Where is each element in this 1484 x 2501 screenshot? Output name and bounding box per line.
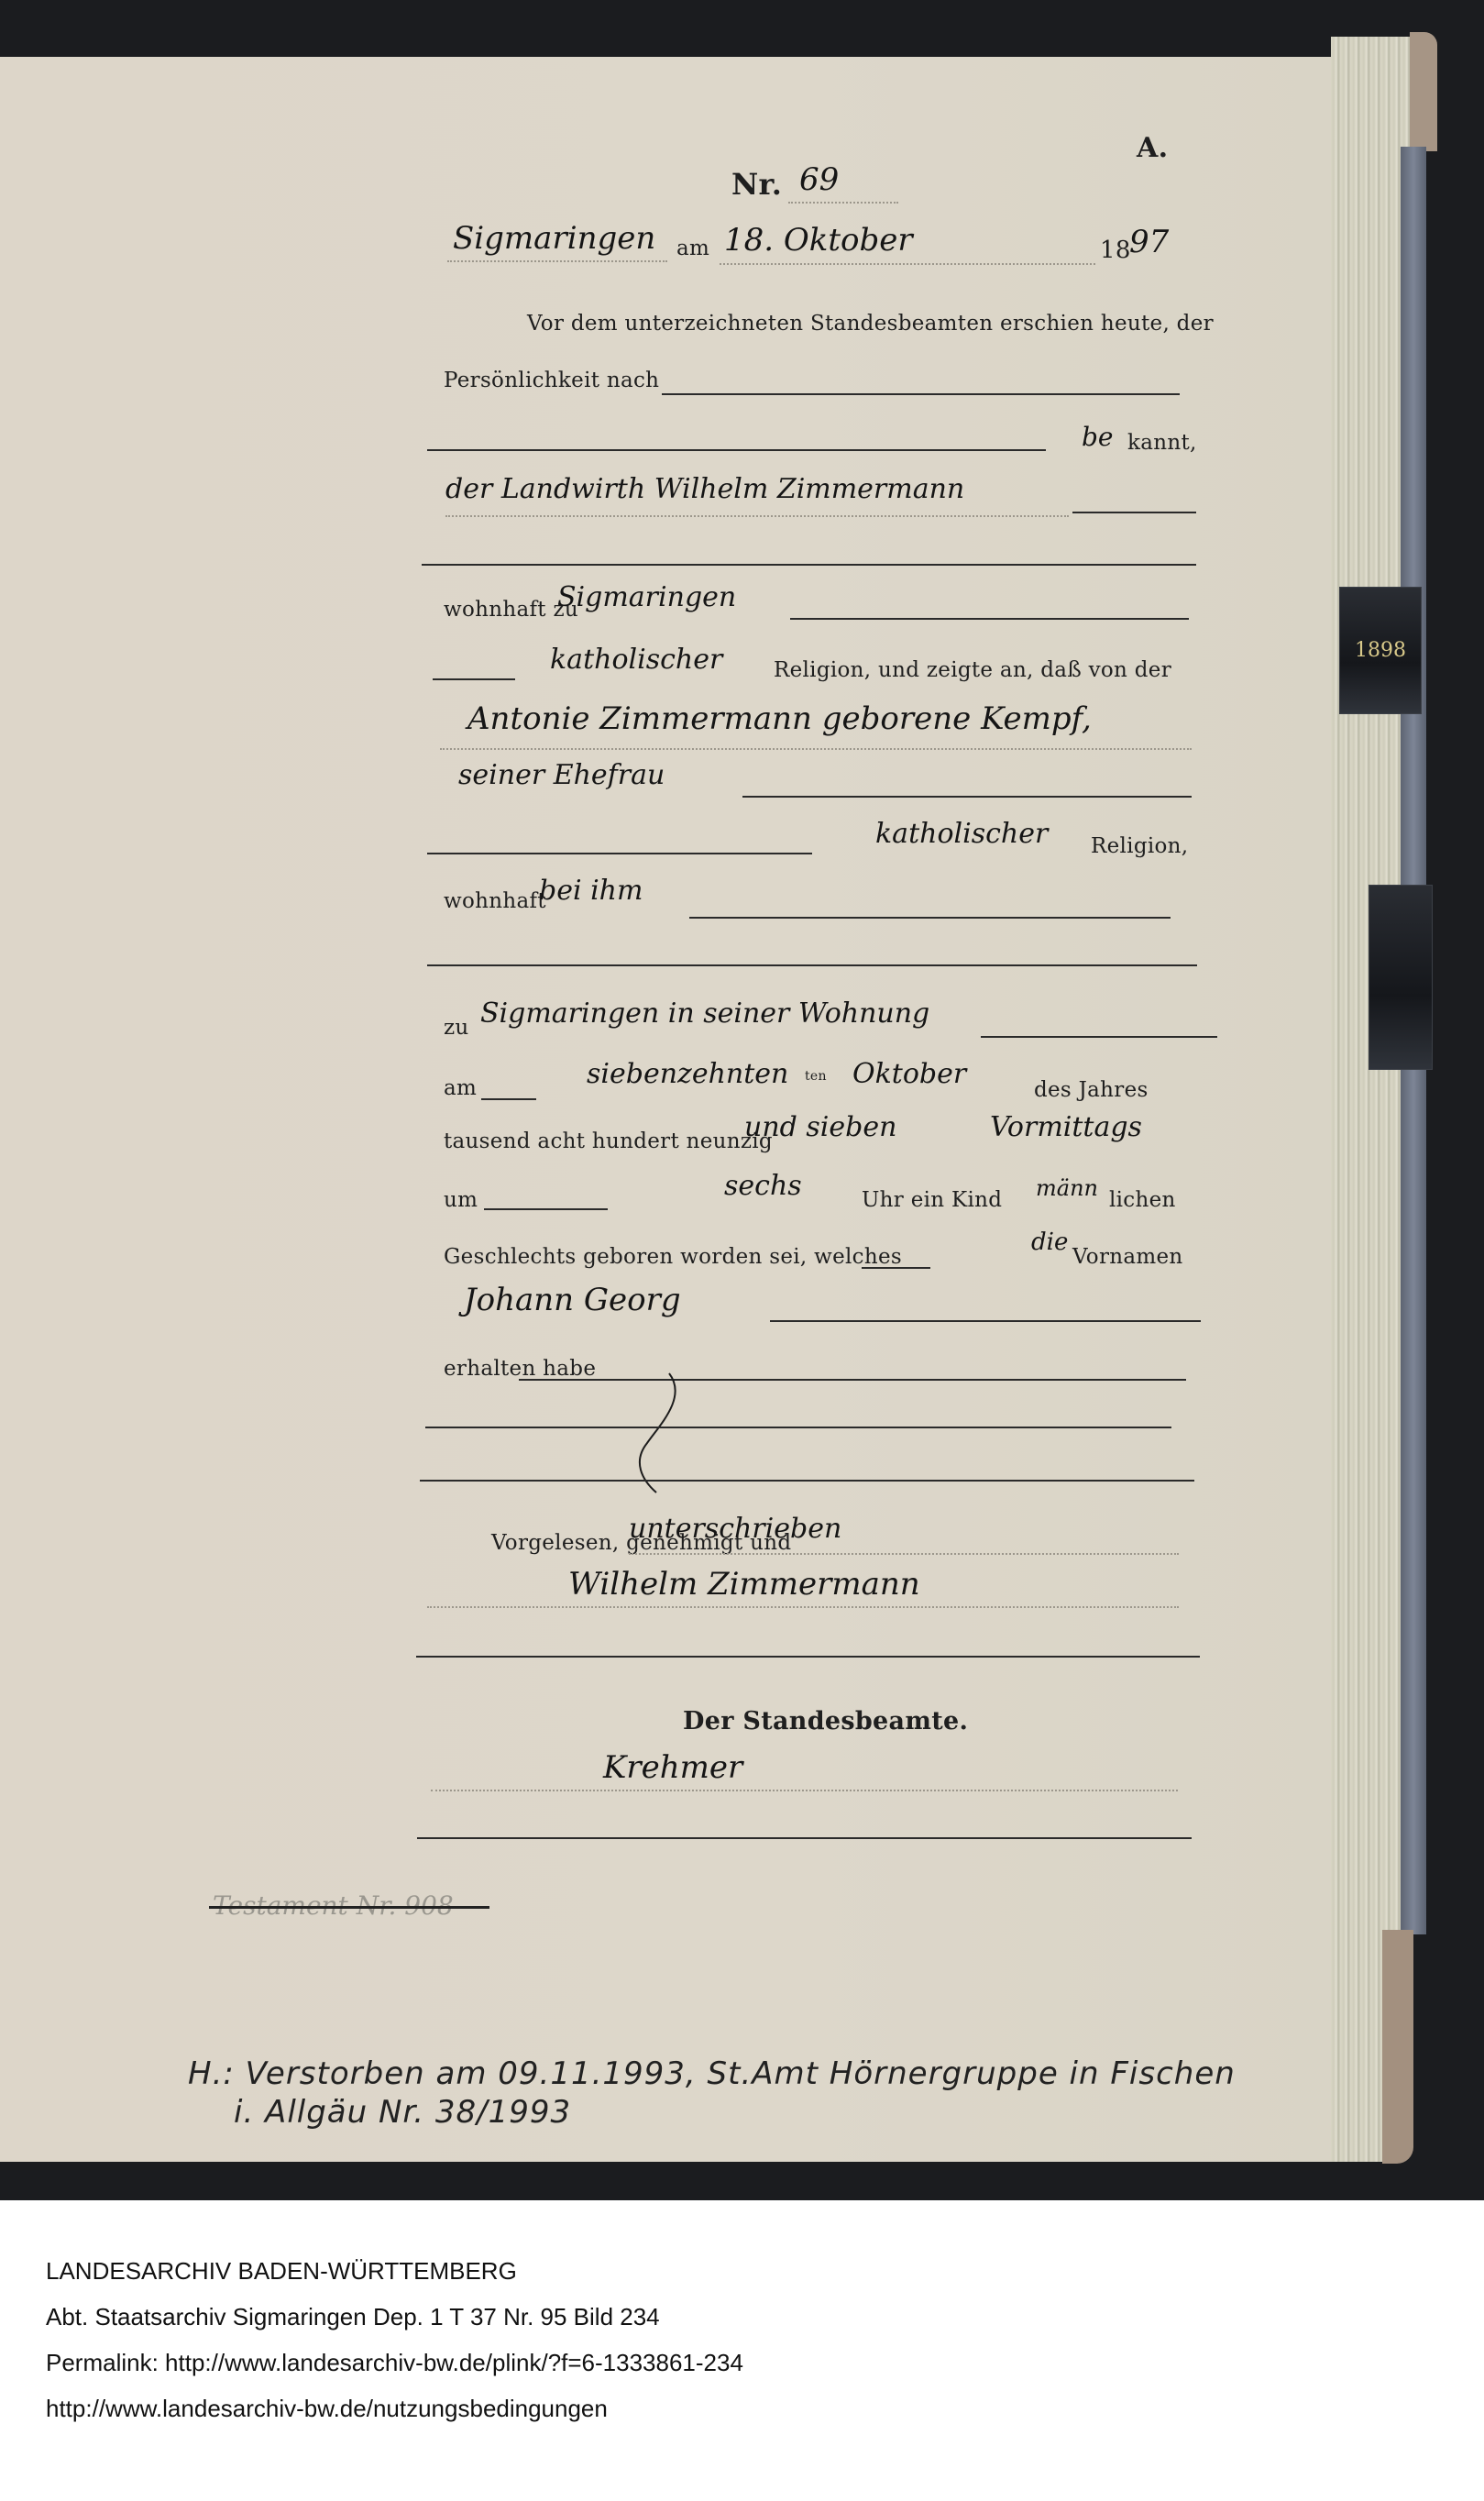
form-line (481, 1098, 536, 1100)
time-of-day-field: Vormittags (990, 1111, 1142, 1143)
known-prefix: be (1082, 422, 1114, 452)
religion-field-2: katholischer (875, 818, 1048, 850)
religion-text-2: Religion, (1091, 834, 1188, 858)
form-line (420, 1480, 1194, 1482)
informant-name: der Landwirth Wilhelm Zimmermann (445, 473, 964, 505)
mother-residence-field: bei ihm (539, 875, 643, 907)
book-cover-corner-bottom (1382, 1930, 1413, 2164)
dotted-line (445, 515, 1069, 517)
form-line (742, 796, 1192, 798)
caption-institution: LANDESARCHIV BADEN-WÜRTTEMBERG (46, 2257, 517, 2286)
place-field: Sigmaringen (453, 220, 655, 257)
dotted-line (447, 260, 667, 262)
dotted-line (431, 1790, 1178, 1791)
residence-field: Sigmaringen (557, 581, 736, 613)
received-label: erhalten habe (444, 1357, 596, 1381)
form-line (790, 618, 1189, 620)
form-line (425, 1427, 1171, 1428)
birth-year-label: des Jahres (1034, 1078, 1149, 1102)
form-line (427, 449, 1046, 451)
date-field: 18. Oktober (724, 222, 913, 259)
religion-field-1: katholischer (550, 644, 722, 676)
dotted-line (427, 1606, 1179, 1608)
register-page: A. Nr. 69 Sigmaringen am 18. Oktober 18 … (0, 57, 1331, 2162)
form-line (770, 1320, 1201, 1322)
tab-year-label: 1898 (1355, 639, 1406, 662)
caption-reference: Abt. Staatsarchiv Sigmaringen Dep. 1 T 3… (46, 2303, 660, 2331)
read-field: unterschrieben (629, 1513, 841, 1545)
year-field: 97 (1129, 224, 1169, 260)
dotted-line (720, 263, 1095, 265)
book-cover-corner-top (1410, 32, 1437, 151)
hour-prefix: um (444, 1188, 478, 1212)
gender-line: Geschlechts geboren worden sei, welches (444, 1245, 902, 1269)
blank-index-tab (1369, 885, 1433, 1070)
form-line (689, 917, 1171, 919)
form-line (981, 1036, 1217, 1038)
closing-flourish (623, 1370, 697, 1498)
name-label: Vornamen (1072, 1245, 1183, 1269)
informant-signature: Wilhelm Zimmermann (568, 1566, 920, 1603)
dotted-line (440, 748, 1192, 750)
form-line (417, 1837, 1192, 1839)
year-index-tab: 1898 (1339, 587, 1422, 714)
form-line (1072, 512, 1196, 513)
series-letter: A. (1137, 132, 1168, 164)
death-note-line-2: i. Allgäu Nr. 38/1993 (234, 2094, 571, 2131)
birth-year-text: tausend acht hundert neunzig (444, 1129, 773, 1153)
record-number-label: Nr. (731, 167, 782, 202)
record-number: 69 (799, 161, 839, 198)
official-signature: Krehmer (603, 1749, 742, 1786)
child-name: Johann Georg (464, 1282, 681, 1318)
known-suffix: kannt, (1127, 431, 1197, 455)
identity-label: Persönlichkeit nach (444, 369, 659, 392)
religion-text-1: Religion, und zeigte an, daß von der (774, 658, 1171, 682)
birth-day-prefix: am (444, 1076, 477, 1100)
form-line (427, 964, 1197, 966)
hour-suffix: Uhr ein Kind (862, 1188, 1002, 1212)
dotted-line (629, 1553, 1179, 1555)
name-article: die (1031, 1228, 1068, 1256)
birth-place-prefix: zu (444, 1016, 469, 1040)
birth-day-field: siebenzehnten (587, 1058, 788, 1090)
date-prefix: am (676, 237, 709, 260)
form-line (433, 678, 515, 680)
death-note-line-1: H.: Verstorben am 09.11.1993, St.Amt Hör… (188, 2055, 1236, 2092)
official-label: Der Standesbeamte. (683, 1707, 968, 1735)
mother-name: Antonie Zimmermann geborene Kempf, (467, 700, 1092, 737)
form-line (484, 1208, 608, 1210)
form-line (422, 564, 1196, 566)
form-line (662, 393, 1180, 395)
page-edges (1331, 37, 1410, 2162)
birth-year-field: und sieben (744, 1111, 896, 1143)
intro-text: Vor dem unterzeichneten Standesbeamten e… (527, 312, 1214, 336)
caption-permalink[interactable]: Permalink: http://www.landesarchiv-bw.de… (46, 2349, 743, 2377)
mother-residence-label: wohnhaft (444, 889, 546, 913)
dotted-line (788, 202, 898, 204)
birth-month-field: Oktober (852, 1058, 966, 1090)
strike-through-line (209, 1906, 489, 1909)
form-line (427, 853, 812, 854)
sex-field: männ (1036, 1175, 1098, 1201)
birth-place-field: Sigmaringen in seiner Wohnung (480, 997, 929, 1030)
relation-field: seiner Ehefrau (458, 759, 665, 791)
form-line (519, 1379, 1186, 1381)
year-prefix: 18 (1100, 237, 1131, 264)
sex-text: lichen (1109, 1188, 1176, 1212)
form-line (862, 1267, 930, 1269)
birth-day-suffix: ten (805, 1069, 827, 1084)
hour-field: sechs (724, 1170, 802, 1202)
scan-background: 1898 A. Nr. 69 Sigmaringen am 18. Oktobe… (0, 0, 1484, 2200)
caption-terms-link[interactable]: http://www.landesarchiv-bw.de/nutzungsbe… (46, 2395, 608, 2423)
form-line (416, 1656, 1200, 1658)
